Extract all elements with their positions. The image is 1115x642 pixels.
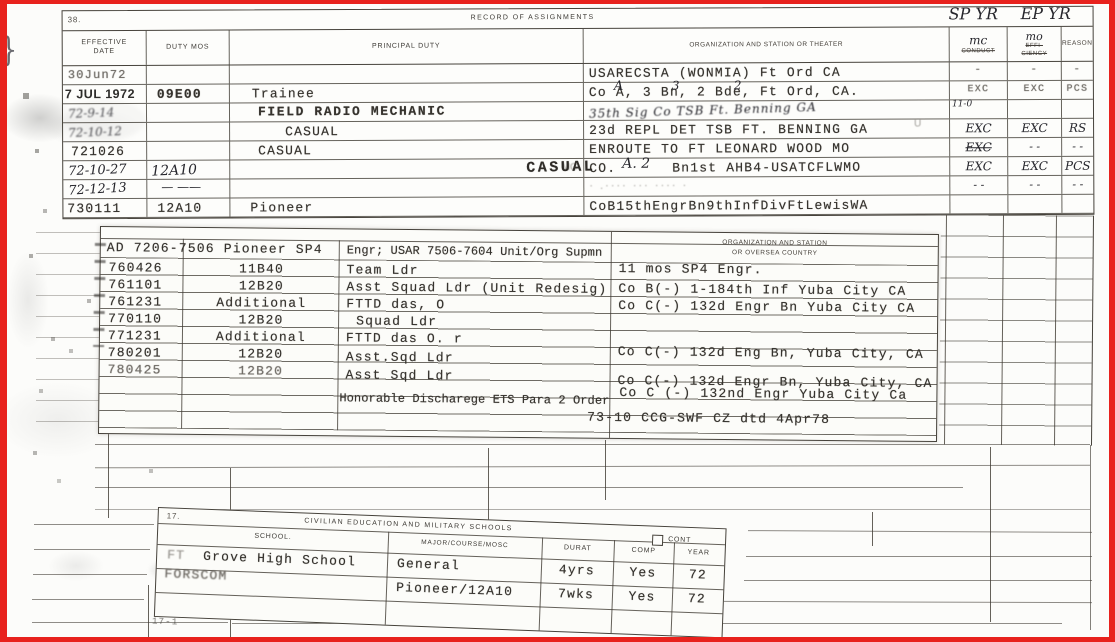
grid-vline — [1054, 215, 1057, 445]
edu-school-prefix: FT — [167, 547, 186, 563]
conduct-rating: 11-0 — [952, 99, 972, 109]
conduct-rating: EXC — [966, 159, 992, 174]
casual-stamp: CASUAL — [526, 158, 595, 177]
duty-mos: 12A10 — [157, 201, 202, 216]
form-rule-line — [748, 530, 1092, 533]
slip-org-extra: Co C (-) 132nd Engr Yuba City Ca — [619, 385, 907, 403]
edu-header-durat: DURAT — [542, 543, 614, 553]
slip-mos: Additional — [184, 329, 338, 345]
handwritten-overwrite: 2 — [734, 78, 742, 92]
conduct-rating-struck: EXC — [965, 140, 991, 155]
edu-col-divider — [539, 537, 543, 630]
form-rule-vline — [108, 432, 109, 518]
efficiency-rating: EXC — [1024, 84, 1046, 97]
slip-date: 770110 — [108, 311, 162, 327]
form-rule-line — [746, 556, 1092, 557]
slip-date: 760426 — [109, 260, 163, 276]
organization: USARECSTA (WONMIA) Ft Ord CA — [589, 65, 841, 81]
slip-mos: 12B20 — [184, 312, 338, 328]
reason: - — [1073, 64, 1081, 78]
handwritten-ep-yr: EP YR — [1021, 4, 1071, 23]
edu-col-divider — [385, 532, 389, 625]
slip-toprow-left: AD 7206-7506 Pioneer SP4 — [107, 240, 323, 257]
form-rule-line — [32, 622, 228, 623]
handwritten-mc: mc — [969, 33, 987, 48]
ratings-grid-continuation — [939, 214, 1094, 445]
header-duty-mos: DUTY MOS — [147, 31, 230, 65]
reason: - - — [1072, 140, 1083, 154]
slip-mos: 12B20 — [184, 278, 338, 294]
organization-handwritten: A. 2 — [622, 156, 650, 172]
effective-date: 721026 — [71, 144, 125, 159]
efficiency-rating: - - — [1029, 140, 1040, 154]
header-principal-duty: PRINCIPAL DUTY — [230, 29, 584, 65]
edu-col-divider — [611, 540, 615, 633]
slip-duty: Squad Ldr — [356, 313, 437, 329]
assignments-header-row: EFFECTIVE DATE DUTY MOS PRINCIPAL DUTY O… — [63, 27, 1093, 66]
header-efficiency: mo EFFI- CIENCY — [1008, 27, 1062, 61]
efficiency-rating: EXC — [1022, 158, 1048, 173]
assignment-slip-overlay: ORGANIZATION AND STATION OR OVERSEA COUN… — [98, 226, 939, 442]
effective-date-stamp: 7 JUL 1972 — [65, 87, 135, 101]
slip-date: 780425 — [108, 362, 162, 378]
edu-school: FORSCOM — [164, 566, 228, 583]
slip-org-header-line2: OR OVERSEA COUNTRY — [615, 248, 935, 258]
conduct-rating: EXC — [968, 84, 990, 97]
underlying-ruling-left — [36, 232, 100, 428]
edu-header-year: YEAR — [674, 548, 724, 557]
efficiency-rating: - - — [1029, 178, 1040, 192]
slip-date: 761101 — [108, 277, 162, 293]
cont-checkbox — [652, 535, 663, 546]
edu-school: Grove High School — [203, 549, 356, 570]
efficiency-rating: - — [1030, 64, 1038, 78]
effective-date-handwritten: 72-10-12 — [68, 124, 122, 140]
red-frame-top — [0, 0, 1115, 4]
discharge-line2: 73-10 CCG-SWF CZ dtd 4Apr78 — [587, 410, 830, 427]
reason: PCS — [1067, 84, 1089, 97]
slip-mos: 12B20 — [184, 346, 338, 362]
edu-major: Pioneer/12A10 — [396, 580, 514, 599]
efficiency-rating: EXC — [1021, 120, 1047, 135]
organization: Co A, 3 Bn, 2 Bde, Ft Ord, CA. — [589, 84, 859, 100]
red-frame-right — [1109, 0, 1115, 642]
edu-item-number: 17. — [167, 511, 181, 521]
form-rule-line — [34, 524, 154, 525]
slip-edge-ink — [93, 243, 106, 347]
conduct-rating: - - — [973, 178, 984, 192]
duty-mos-dashes: — —— — [161, 180, 201, 194]
organization: CoB15thEngrBn9thInfDivFtLewisWA — [589, 198, 868, 214]
slip-date: 771231 — [108, 328, 162, 344]
edu-header-major: MAJOR/COURSE/MOSC — [388, 538, 542, 551]
slip-date: 761231 — [108, 294, 162, 310]
edu-col-divider — [671, 542, 675, 635]
form-rule-vline — [1090, 445, 1091, 630]
record-of-assignments-table: 38. RECORD OF ASSIGNMENTS SP YR EP YR EF… — [62, 6, 1095, 220]
slip-duty: Asst.Sqd Ldr — [346, 349, 454, 365]
organization-typed-post: Bn1st AHB4-USATCFLWMO — [672, 160, 861, 176]
edu-header-comp: COMP — [614, 546, 674, 555]
handwritten-sp-yr: SP YR — [949, 4, 999, 23]
slip-mos: 11B40 — [185, 261, 339, 277]
slip-mos: Additional — [184, 295, 338, 311]
edu-comp: Yes — [613, 564, 674, 581]
edu-durat: 4yrs — [541, 561, 614, 579]
edu-durat: 7wks — [540, 585, 613, 603]
form-rule-line — [33, 574, 147, 575]
form-rule-line — [744, 580, 1092, 581]
organization-illegible: · .···· ··· ···· · — [589, 180, 688, 192]
form-rule-vline — [990, 447, 991, 622]
slip-duty: Asst Squad Ldr (Unit Redesig) — [346, 279, 607, 297]
assignment-row: 730111 12A10 Pioneer CoB15thEngrBn9thInf… — [63, 195, 1093, 218]
principal-duty: CASUAL — [258, 143, 312, 158]
effective-date-handwritten: 72-9-14 — [68, 105, 115, 121]
form-rule-line — [34, 549, 150, 550]
education-table: 17. CIVILIAN EDUCATION AND MILITARY SCHO… — [154, 507, 727, 638]
principal-duty: Pioneer — [250, 200, 313, 215]
header-effective-date: EFFECTIVE DATE — [63, 31, 147, 65]
discharge-line1: Honorable Discharege ETS Para 2 Order — [339, 391, 609, 408]
slip-duty: FTTD das, O — [346, 296, 445, 312]
cont-label: CONT — [668, 536, 691, 544]
bottom-page-note: 17-1 — [152, 617, 179, 628]
slip-date: 780201 — [108, 345, 162, 361]
effective-date-handwritten: 72-12-13 — [68, 180, 127, 198]
duty-mos-handwritten: 12A10 — [151, 162, 197, 180]
form-rule-line — [95, 487, 963, 488]
form-rule-vline — [872, 512, 873, 546]
principal-duty: Trainee — [252, 86, 315, 101]
edu-year: 72 — [673, 566, 724, 583]
slip-duty: FTTD das O. r — [346, 330, 463, 346]
slip-org: Co C(-) 132d Eng Bn, Yuba City, CA — [618, 344, 924, 362]
slip-duty: Asst Sqd Ldr — [346, 367, 454, 383]
organization: 23d REPL DET TSB FT. BENNING GA — [589, 122, 868, 138]
handwritten-overwrite: A — [614, 79, 623, 94]
edu-comp: Yes — [612, 588, 673, 605]
slip-org: Co B(-) 1-184th Inf Yuba City CA — [618, 281, 906, 299]
slip-org: Co C(-) 132d Engr Bn Yuba City CA — [618, 298, 915, 316]
slip-org-header-line1: ORGANIZATION AND STATION — [615, 238, 935, 248]
principal-duty: FIELD RADIO MECHANIC — [258, 104, 446, 120]
grid-vline — [1001, 215, 1004, 445]
conduct-rating: EXC — [965, 121, 991, 136]
margin-u-mark: U — [914, 119, 921, 130]
principal-duty: CASUAL — [285, 124, 339, 139]
effective-date-handwritten: 72-10-27 — [68, 162, 127, 179]
reason: RS — [1069, 120, 1086, 135]
form-rule-vline — [148, 585, 149, 637]
form-rule-vline — [605, 440, 606, 500]
edu-year: 72 — [672, 590, 723, 607]
form-rule-line — [32, 599, 144, 600]
edu-major: General — [397, 556, 461, 573]
red-frame-bottom — [0, 637, 1115, 642]
reason: PCS — [1065, 158, 1091, 173]
red-frame-left — [0, 0, 7, 642]
grid-vline — [944, 214, 947, 444]
header-conduct: mc CONDUCT — [950, 27, 1008, 61]
form-rule-line — [95, 465, 1090, 469]
effective-date: 30Jun72 — [68, 68, 127, 82]
duty-mos: 09E00 — [157, 87, 202, 102]
organization: ENROUTE TO FT LEONARD WOOD MO — [589, 141, 850, 157]
handwritten-overwrite: 3 — [672, 79, 680, 93]
header-reason: REASON — [1062, 27, 1093, 61]
organization-handwritten: 35th Sig Co TSB Ft. Benning GA — [589, 100, 817, 121]
conduct-rating: - — [974, 64, 982, 78]
slip-toprow-duty: Engr; USAR 7506-7604 Unit/Org Supmn — [347, 243, 603, 259]
slip-mos: 12B20 — [184, 363, 338, 379]
handwritten-mo: mo — [1026, 30, 1043, 44]
reason: - - — [1072, 178, 1083, 192]
header-organization: ORGANIZATION AND STATION OR THEATER — [584, 27, 950, 63]
slip-duty: Team Ldr — [347, 262, 419, 278]
scanned-document-page: } 38. RECORD OF ASSIGNMENTS SP YR EP YR — [0, 0, 1115, 642]
slip-toprow-org: 11 mos SP4 Engr. — [619, 261, 763, 277]
table-title: RECORD OF ASSIGNMENTS — [63, 12, 1003, 23]
effective-date: 730111 — [67, 201, 121, 216]
